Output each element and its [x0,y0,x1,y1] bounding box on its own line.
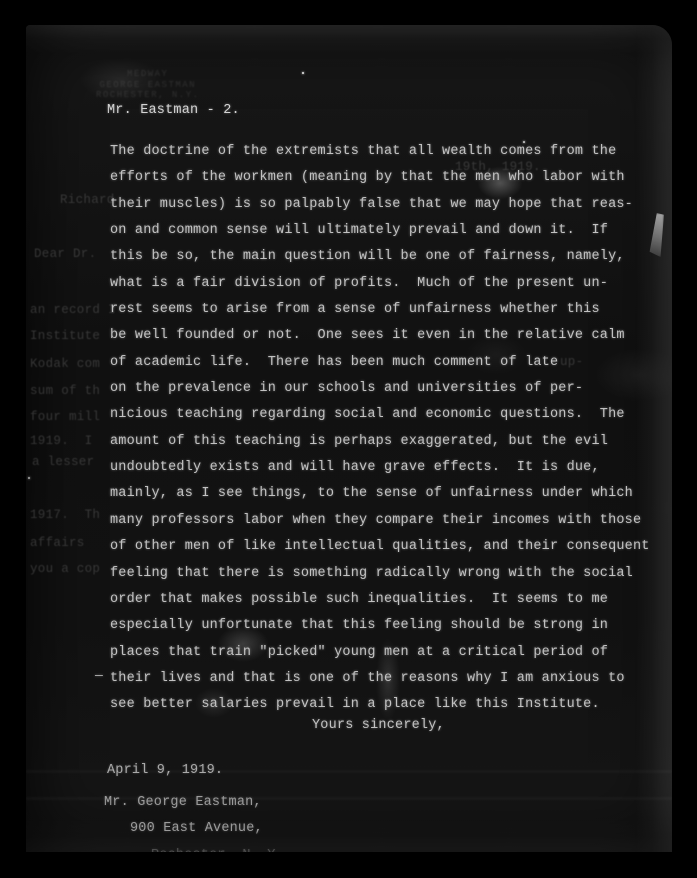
text-line: efforts of the workmen (meaning by that … [110,165,650,191]
text-line: undoubtedly exists and will have grave e… [110,455,650,481]
text-line: see better salaries prevail in a place l… [110,692,650,718]
ghost-text-fragment: affairs [30,536,85,550]
text-line: nicious teaching regarding social and ec… [110,402,650,428]
text-line: amount of this teaching is perhaps exagg… [110,429,650,455]
text-line: The doctrine of the extremists that all … [110,139,650,165]
text-line: places that train "picked" young men at … [110,640,650,666]
page-header: Mr. Eastman - 2. [107,103,240,118]
ghost-text-fragment: 1919. I [30,434,92,448]
text-line: feeling that there is something radicall… [110,561,650,587]
ghost-text-fragment: a lesser [32,455,94,469]
letter-photograph-page: MEDWAYGEORGE EASTMANROCHESTER, N.Y. Rich… [26,25,672,852]
ghost-text-fragment: Richard [60,193,115,207]
dust-speck [523,141,525,143]
text-line: of academic life. There has been much co… [110,350,650,376]
ghost-text-fragment: an record I [30,303,116,317]
closing-line: Yours sincerely, [312,718,445,733]
text-line: many professors labor when they compare … [110,508,650,534]
ghost-text-fragment: 1917. Th [30,508,100,522]
margin-dash-mark: — [95,668,103,683]
text-line: on the prevalence in our schools and uni… [110,376,650,402]
ghost-text-fragment: you a cop [30,562,100,576]
text-line: on and common sense will ultimately prev… [110,218,650,244]
text-line: 900 East Avenue, [130,816,284,842]
text-line: their lives and that is one of the reaso… [110,666,650,692]
ghost-text-fragment: Dear Dr. [34,247,96,261]
text-line: mainly, as I see things, to the sense of… [110,481,650,507]
ghost-text-fragment: sum of th [30,384,100,398]
text-line: order that makes possible such inequalit… [110,587,650,613]
dust-speck [302,72,304,74]
text-line: rest seems to arise from a sense of unfa… [110,297,650,323]
ghost-text-fragment: Kodak com [30,357,100,371]
text-line: Mr. George Eastman, [104,790,284,816]
text-line: especially unfortunate that this feeling… [110,613,650,639]
text-line: Rochester, N. Y. [151,843,284,852]
ghost-text-fragment: Institute [30,329,100,343]
text-line: what is a fair division of profits. Much… [110,271,650,297]
paper-fold-line [26,797,672,800]
dust-speck [28,477,30,479]
letter-body: The doctrine of the extremists that all … [110,139,650,719]
ghost-text-fragment: four mill [30,410,100,424]
paper-fold-line [26,770,672,773]
text-line: be well founded or not. One sees it even… [110,323,650,349]
text-line: their muscles) is so palpably false that… [110,192,650,218]
text-line: this be so, the main question will be on… [110,244,650,270]
text-line: of other men of like intellectual qualit… [110,534,650,560]
